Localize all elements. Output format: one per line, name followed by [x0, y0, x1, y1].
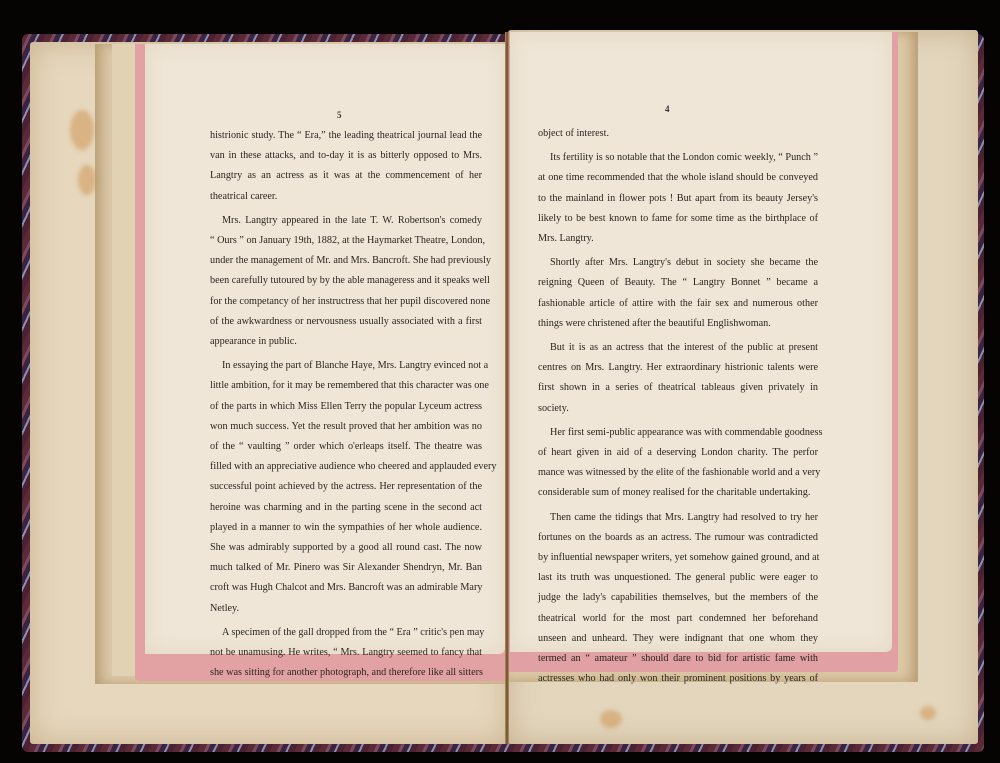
text-line: Shortly after Mrs. Langtry's debut in so…: [538, 253, 818, 273]
paragraph: Mrs. Langtry appeared in the late T. W. …: [210, 211, 482, 352]
book-gutter: [505, 32, 509, 744]
page-number-right: 4: [665, 104, 670, 114]
text-line: “ Ours ” on January 19th, 1882, at the H…: [210, 231, 482, 251]
text-line: In essaying the part of Blanche Haye, Mr…: [210, 356, 482, 376]
text-line: heroine was charming and in the parting …: [210, 498, 482, 518]
text-line: by influential newspaper writers, yet so…: [538, 548, 818, 568]
text-line: actresses who had only won their promine…: [538, 669, 818, 689]
text-line: for the competancy of her instructress t…: [210, 292, 482, 312]
text-line: fashionable article of attire with the f…: [538, 294, 818, 314]
foxing-stain: [70, 110, 94, 150]
text-line: she was sitting for another photograph, …: [210, 663, 482, 683]
right-page-body: object of interest.Its fertility is so n…: [538, 124, 818, 693]
paragraph: In essaying the part of Blanche Haye, Mr…: [210, 356, 482, 619]
text-line: But it is as an actress that the interes…: [538, 338, 818, 358]
text-line: mance was witnessed by the elite of the …: [538, 463, 818, 483]
paragraph: histrionic study. The “ Era,” the leadin…: [210, 126, 482, 207]
paragraph: But it is as an actress that the interes…: [538, 338, 818, 419]
foxing-stain: [600, 710, 622, 728]
text-line: filled with an appreciative audience who…: [210, 457, 482, 477]
text-line: of the parts in which Miss Ellen Terry t…: [210, 397, 482, 417]
page-number-left: 5: [337, 110, 342, 120]
text-line: reigning Queen of Beauty. The “ Langtry …: [538, 273, 818, 293]
text-line: of the awkwardness or nervousness usuall…: [210, 312, 482, 332]
text-line: Its fertility is so notable that the Lon…: [538, 148, 818, 168]
text-line: van in these attacks, and to-day it is a…: [210, 146, 482, 166]
foxing-stain: [920, 706, 936, 720]
paragraph: Its fertility is so notable that the Lon…: [538, 148, 818, 249]
text-line: theatrical career.: [210, 187, 482, 207]
left-page: 5 histrionic study. The “ Era,” the lead…: [145, 44, 505, 654]
text-line: judge the lady's capabilities themselves…: [538, 588, 818, 608]
text-line: centres on Mrs. Langtry. Her extraordina…: [538, 358, 818, 378]
text-line: fortunes on the boards as an actress. Th…: [538, 528, 818, 548]
text-line: successful point achieved by the actress…: [210, 477, 482, 497]
text-line: Mrs. Langtry.: [538, 229, 818, 249]
text-line: A specimen of the gall dropped from the …: [210, 623, 482, 643]
text-line: not be unamusing. He writes, “ Mrs. Lang…: [210, 643, 482, 663]
text-line: likely to be best known to fame for some…: [538, 209, 818, 229]
foxing-stain: [78, 165, 96, 195]
text-line: first shown in a series of theatrical ta…: [538, 378, 818, 398]
text-line: unseen and unheard. They were indignant …: [538, 629, 818, 649]
text-line: played in a manner to win the sympathies…: [210, 518, 482, 538]
paragraph: A specimen of the gall dropped from the …: [210, 623, 482, 684]
text-line: last its truth was unquestioned. The gen…: [538, 568, 818, 588]
text-line: Her first semi-public appearance was wit…: [538, 423, 818, 443]
text-line: of heart given in aid of a deserving Lon…: [538, 443, 818, 463]
left-page-body: histrionic study. The “ Era,” the leadin…: [210, 126, 482, 687]
text-line: considerable sum of money realised for t…: [538, 483, 818, 503]
text-line: of the “ vaulting ” order which o'erleap…: [210, 437, 482, 457]
text-line: to the mainland in flower pots ! But apa…: [538, 189, 818, 209]
paragraph: object of interest.: [538, 124, 818, 144]
text-line: theatrical world for the most part conde…: [538, 609, 818, 629]
text-line: croft was Hugh Chalcot and Mrs. Bancroft…: [210, 578, 482, 598]
text-line: Mrs. Langtry appeared in the late T. W. …: [210, 211, 482, 231]
text-line: histrionic study. The “ Era,” the leadin…: [210, 126, 482, 146]
text-line: won much success. Yet the result proved …: [210, 417, 482, 437]
text-line: been carefully tutoured by by the able m…: [210, 271, 482, 291]
text-line: Then came the tidings that Mrs. Langtry …: [538, 508, 818, 528]
text-line: society.: [538, 399, 818, 419]
text-line: Langtry as an actress as it was at the c…: [210, 166, 482, 186]
paragraph: Her first semi-public appearance was wit…: [538, 423, 818, 504]
text-line: much talked of Mr. Pinero was Sir Alexan…: [210, 558, 482, 578]
paragraph: Shortly after Mrs. Langtry's debut in so…: [538, 253, 818, 334]
text-line: at one time recommended that the whole i…: [538, 168, 818, 188]
text-line: little ambition, for it may be remembere…: [210, 376, 482, 396]
text-line: appearance in public.: [210, 332, 482, 352]
text-line: under the management of Mr. and Mrs. Ban…: [210, 251, 482, 271]
text-line: object of interest.: [538, 124, 818, 144]
text-line: She was admirably supported by a good al…: [210, 538, 482, 558]
text-line: Netley.: [210, 599, 482, 619]
text-line: things were christened after the beautif…: [538, 314, 818, 334]
paragraph: Then came the tidings that Mrs. Langtry …: [538, 508, 818, 690]
text-line: termed an “ amateur ” should dare to bid…: [538, 649, 818, 669]
right-page: 4 object of interest.Its fertility is so…: [510, 32, 892, 652]
